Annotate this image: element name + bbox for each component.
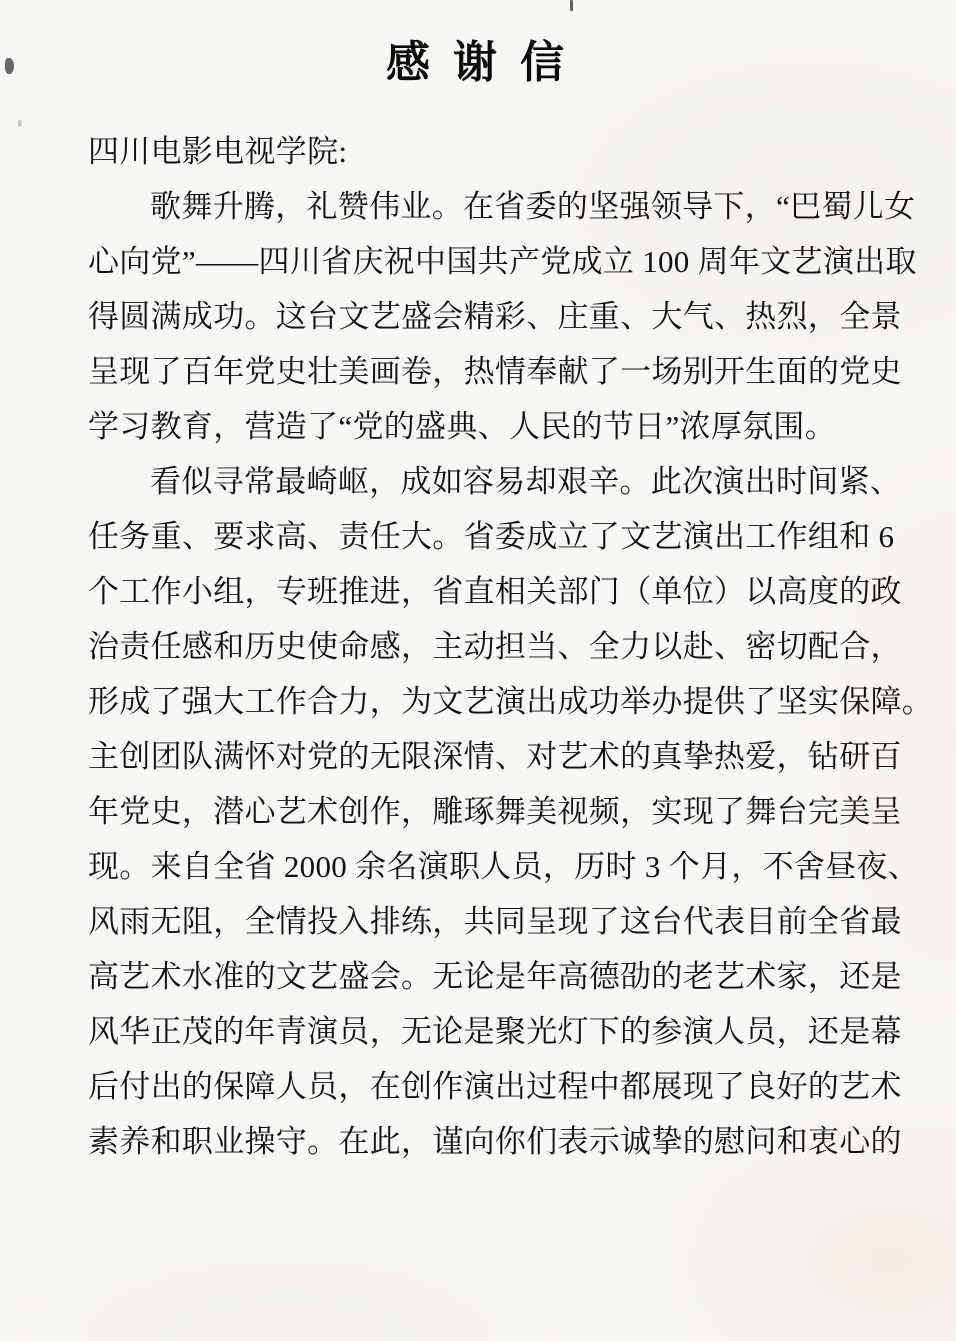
letter-line: 形成了强大工作合力，为文艺演出成功举办提供了坚实保障。 (88, 674, 886, 729)
letter-line: 呈现了百年党史壮美画卷，热情奉献了一场别开生面的党史 (88, 344, 886, 399)
paragraph-2: 看似寻常最崎岖，成如容易却艰辛。此次演出时间紧、 任务重、要求高、责任大。省委成… (88, 454, 886, 1169)
letter-line: 得圆满成功。这台文艺盛会精彩、庄重、大气、热烈，全景 (88, 289, 886, 344)
letter-line: 年党史，潜心艺术创作，雕琢舞美视频，实现了舞台完美呈 (88, 784, 886, 839)
letter-line: 风华正茂的年青演员，无论是聚光灯下的参演人员，还是幕 (88, 1004, 886, 1059)
letter-line: 学习教育，营造了“党的盛典、人民的节日”浓厚氛围。 (88, 399, 886, 454)
letter-page: 感 谢 信 四川电影电视学院: 歌舞升腾，礼赞伟业。在省委的坚强领导下，“巴蜀儿… (0, 0, 956, 1341)
letter-line: 素养和职业操守。在此，谨向你们表示诚挚的慰问和衷心的 (88, 1114, 886, 1169)
letter-line: 主创团队满怀对党的无限深情、对艺术的真挚热爱，钻研百 (88, 729, 886, 784)
letter-salutation: 四川电影电视学院: (88, 124, 886, 179)
letter-line: 歌舞升腾，礼赞伟业。在省委的坚强领导下，“巴蜀儿女 (88, 179, 886, 234)
letter-line: 现。来自全省 2000 余名演职人员，历时 3 个月，不舍昼夜、 (88, 839, 886, 894)
letter-line: 风雨无阻，全情投入排练，共同呈现了这台代表目前全省最 (88, 894, 886, 949)
letter-line: 心向党”——四川省庆祝中国共产党成立 100 周年文艺演出取 (88, 234, 886, 289)
letter-line: 个工作小组，专班推进，省直相关部门（单位）以高度的政 (88, 564, 886, 619)
letter-line: 治责任感和历史使命感，主动担当、全力以赴、密切配合， (88, 619, 886, 674)
letter-title: 感 谢 信 (0, 26, 956, 90)
letter-line: 看似寻常最崎岖，成如容易却艰辛。此次演出时间紧、 (88, 454, 886, 509)
letter-line: 任务重、要求高、责任大。省委成立了文艺演出工作组和 6 (88, 509, 886, 564)
letter-line: 高艺术水准的文艺盛会。无论是年高德劭的老艺术家，还是 (88, 949, 886, 1004)
scan-artifact (18, 120, 22, 127)
scan-artifact (5, 58, 14, 74)
scan-artifact (570, 0, 573, 11)
letter-line: 后付出的保障人员，在创作演出过程中都展现了良好的艺术 (88, 1059, 886, 1114)
letter-body: 四川电影电视学院: 歌舞升腾，礼赞伟业。在省委的坚强领导下，“巴蜀儿女 心向党”… (0, 124, 956, 1169)
paragraph-1: 歌舞升腾，礼赞伟业。在省委的坚强领导下，“巴蜀儿女 心向党”——四川省庆祝中国共… (88, 179, 886, 454)
